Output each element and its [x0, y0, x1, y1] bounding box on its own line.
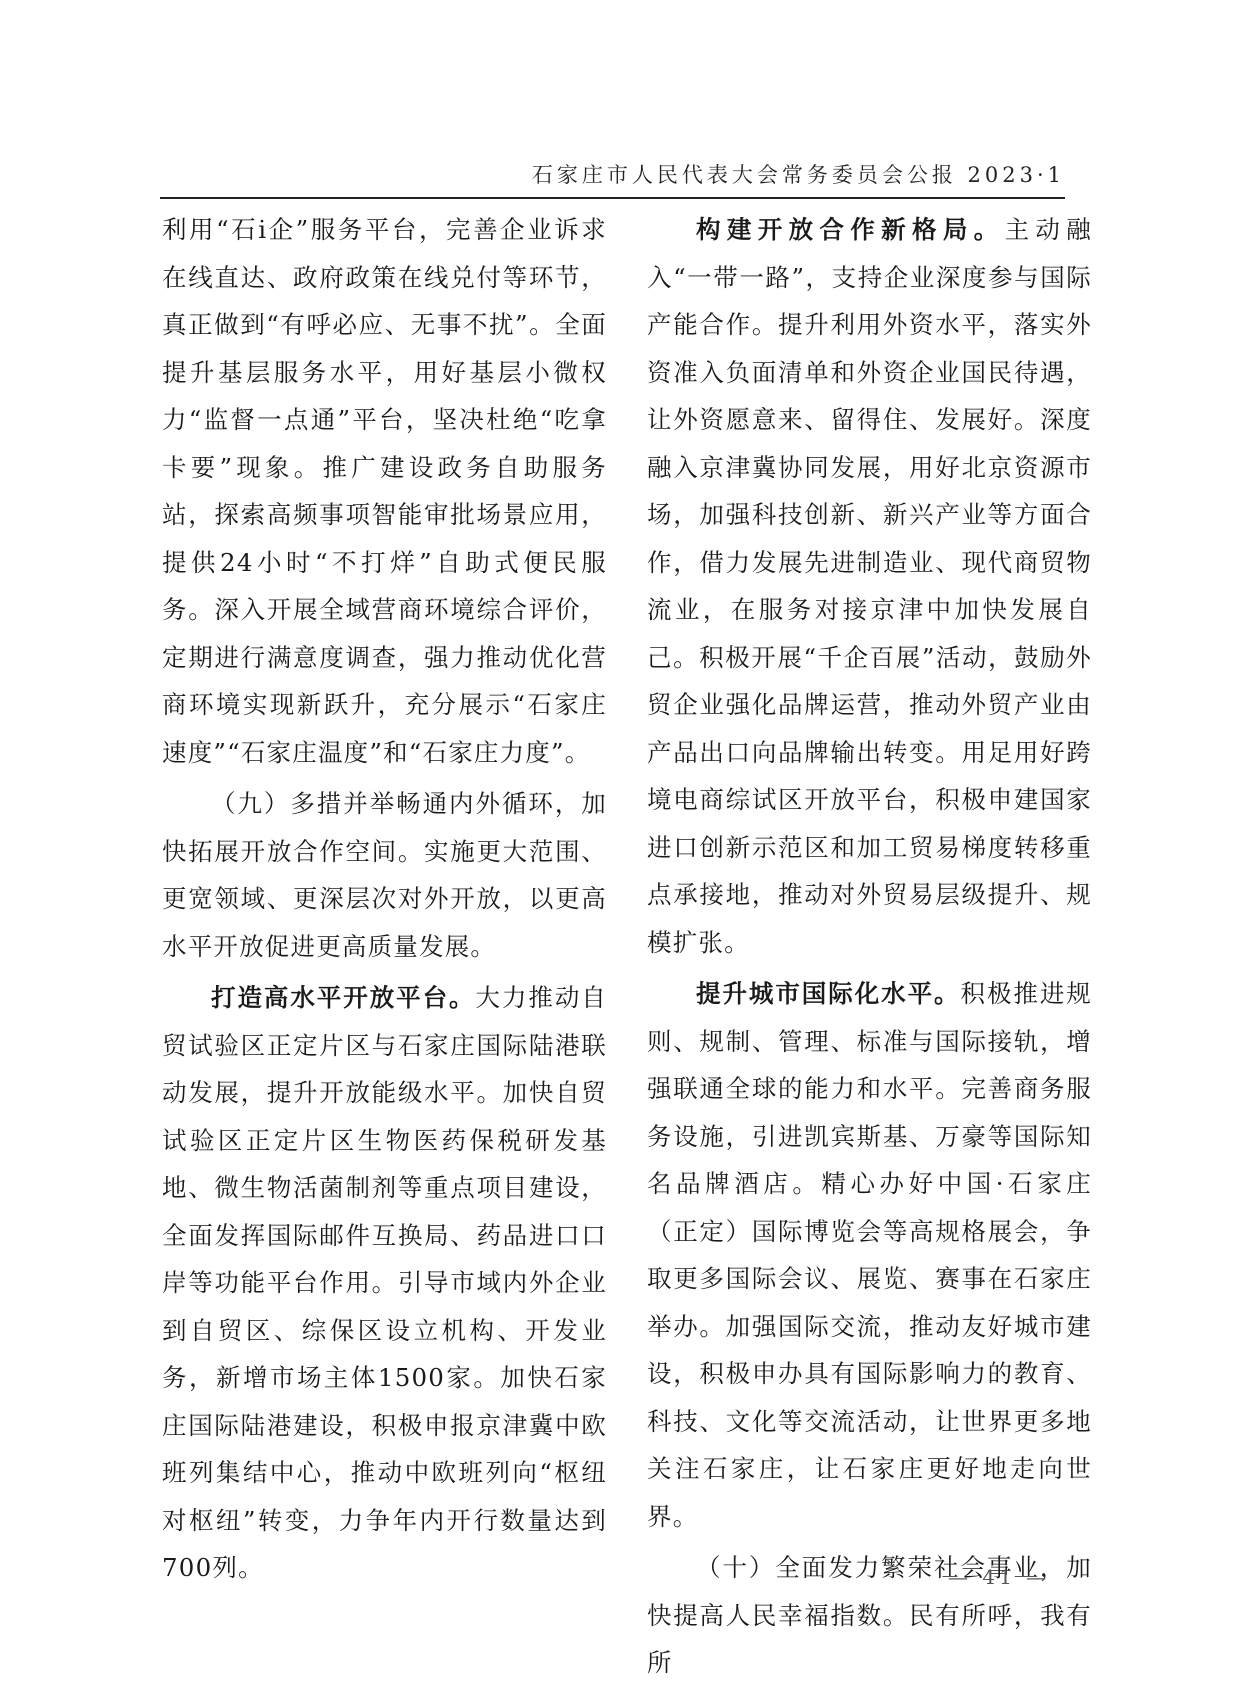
page-header: 石家庄市人民代表大会常务委员会公报 2023·1: [160, 155, 1065, 199]
left-column: 利用“石i企”服务平台，完善企业诉求在线直达、政府政策在线兑付等环节，真正做到“…: [162, 206, 607, 1592]
paragraph-open-cooperation-body: 主动融入“一带一路”，支持企业深度参与国际产能合作。提升利用外资水平，落实外资准…: [647, 215, 1092, 957]
right-column: 构建开放合作新格局。主动融入“一带一路”，支持企业深度参与国际产能合作。提升利用…: [647, 206, 1092, 1687]
paragraph-open-platform: 打造高水平开放平台。大力推动自贸试验区正定片区与石家庄国际陆港联动发展，提升开放…: [162, 974, 607, 1592]
paragraph-internationalization-body: 积极推进规则、规制、管理、标准与国际接轨，增强联通全球的能力和水平。完善商务服务…: [647, 979, 1092, 1531]
paragraph-business-environment: 利用“石i企”服务平台，完善企业诉求在线直达、政府政策在线兑付等环节，真正做到“…: [162, 206, 607, 776]
section-heading-nine: （九）多措并举畅通内外循环，加快拓展开放合作空间。实施更大范围、更宽领域、更深层…: [162, 780, 607, 970]
subheading-open-platform: 打造高水平开放平台。: [211, 983, 476, 1012]
publication-title: 石家庄市人民代表大会常务委员会公报 2023·1: [532, 159, 1065, 189]
paragraph-open-platform-body: 大力推动自贸试验区正定片区与石家庄国际陆港联动发展，提升开放能级水平。加快自贸试…: [162, 983, 607, 1582]
page-number: — 41 —: [948, 1565, 1050, 1589]
subheading-open-cooperation: 构建开放合作新格局。: [696, 215, 1005, 244]
header-divider: [160, 197, 1065, 199]
paragraph-internationalization: 提升城市国际化水平。积极推进规则、规制、管理、标准与国际接轨，增强联通全球的能力…: [647, 970, 1092, 1540]
paragraph-open-cooperation: 构建开放合作新格局。主动融入“一带一路”，支持企业深度参与国际产能合作。提升利用…: [647, 206, 1092, 966]
subheading-internationalization: 提升城市国际化水平。: [696, 979, 961, 1008]
